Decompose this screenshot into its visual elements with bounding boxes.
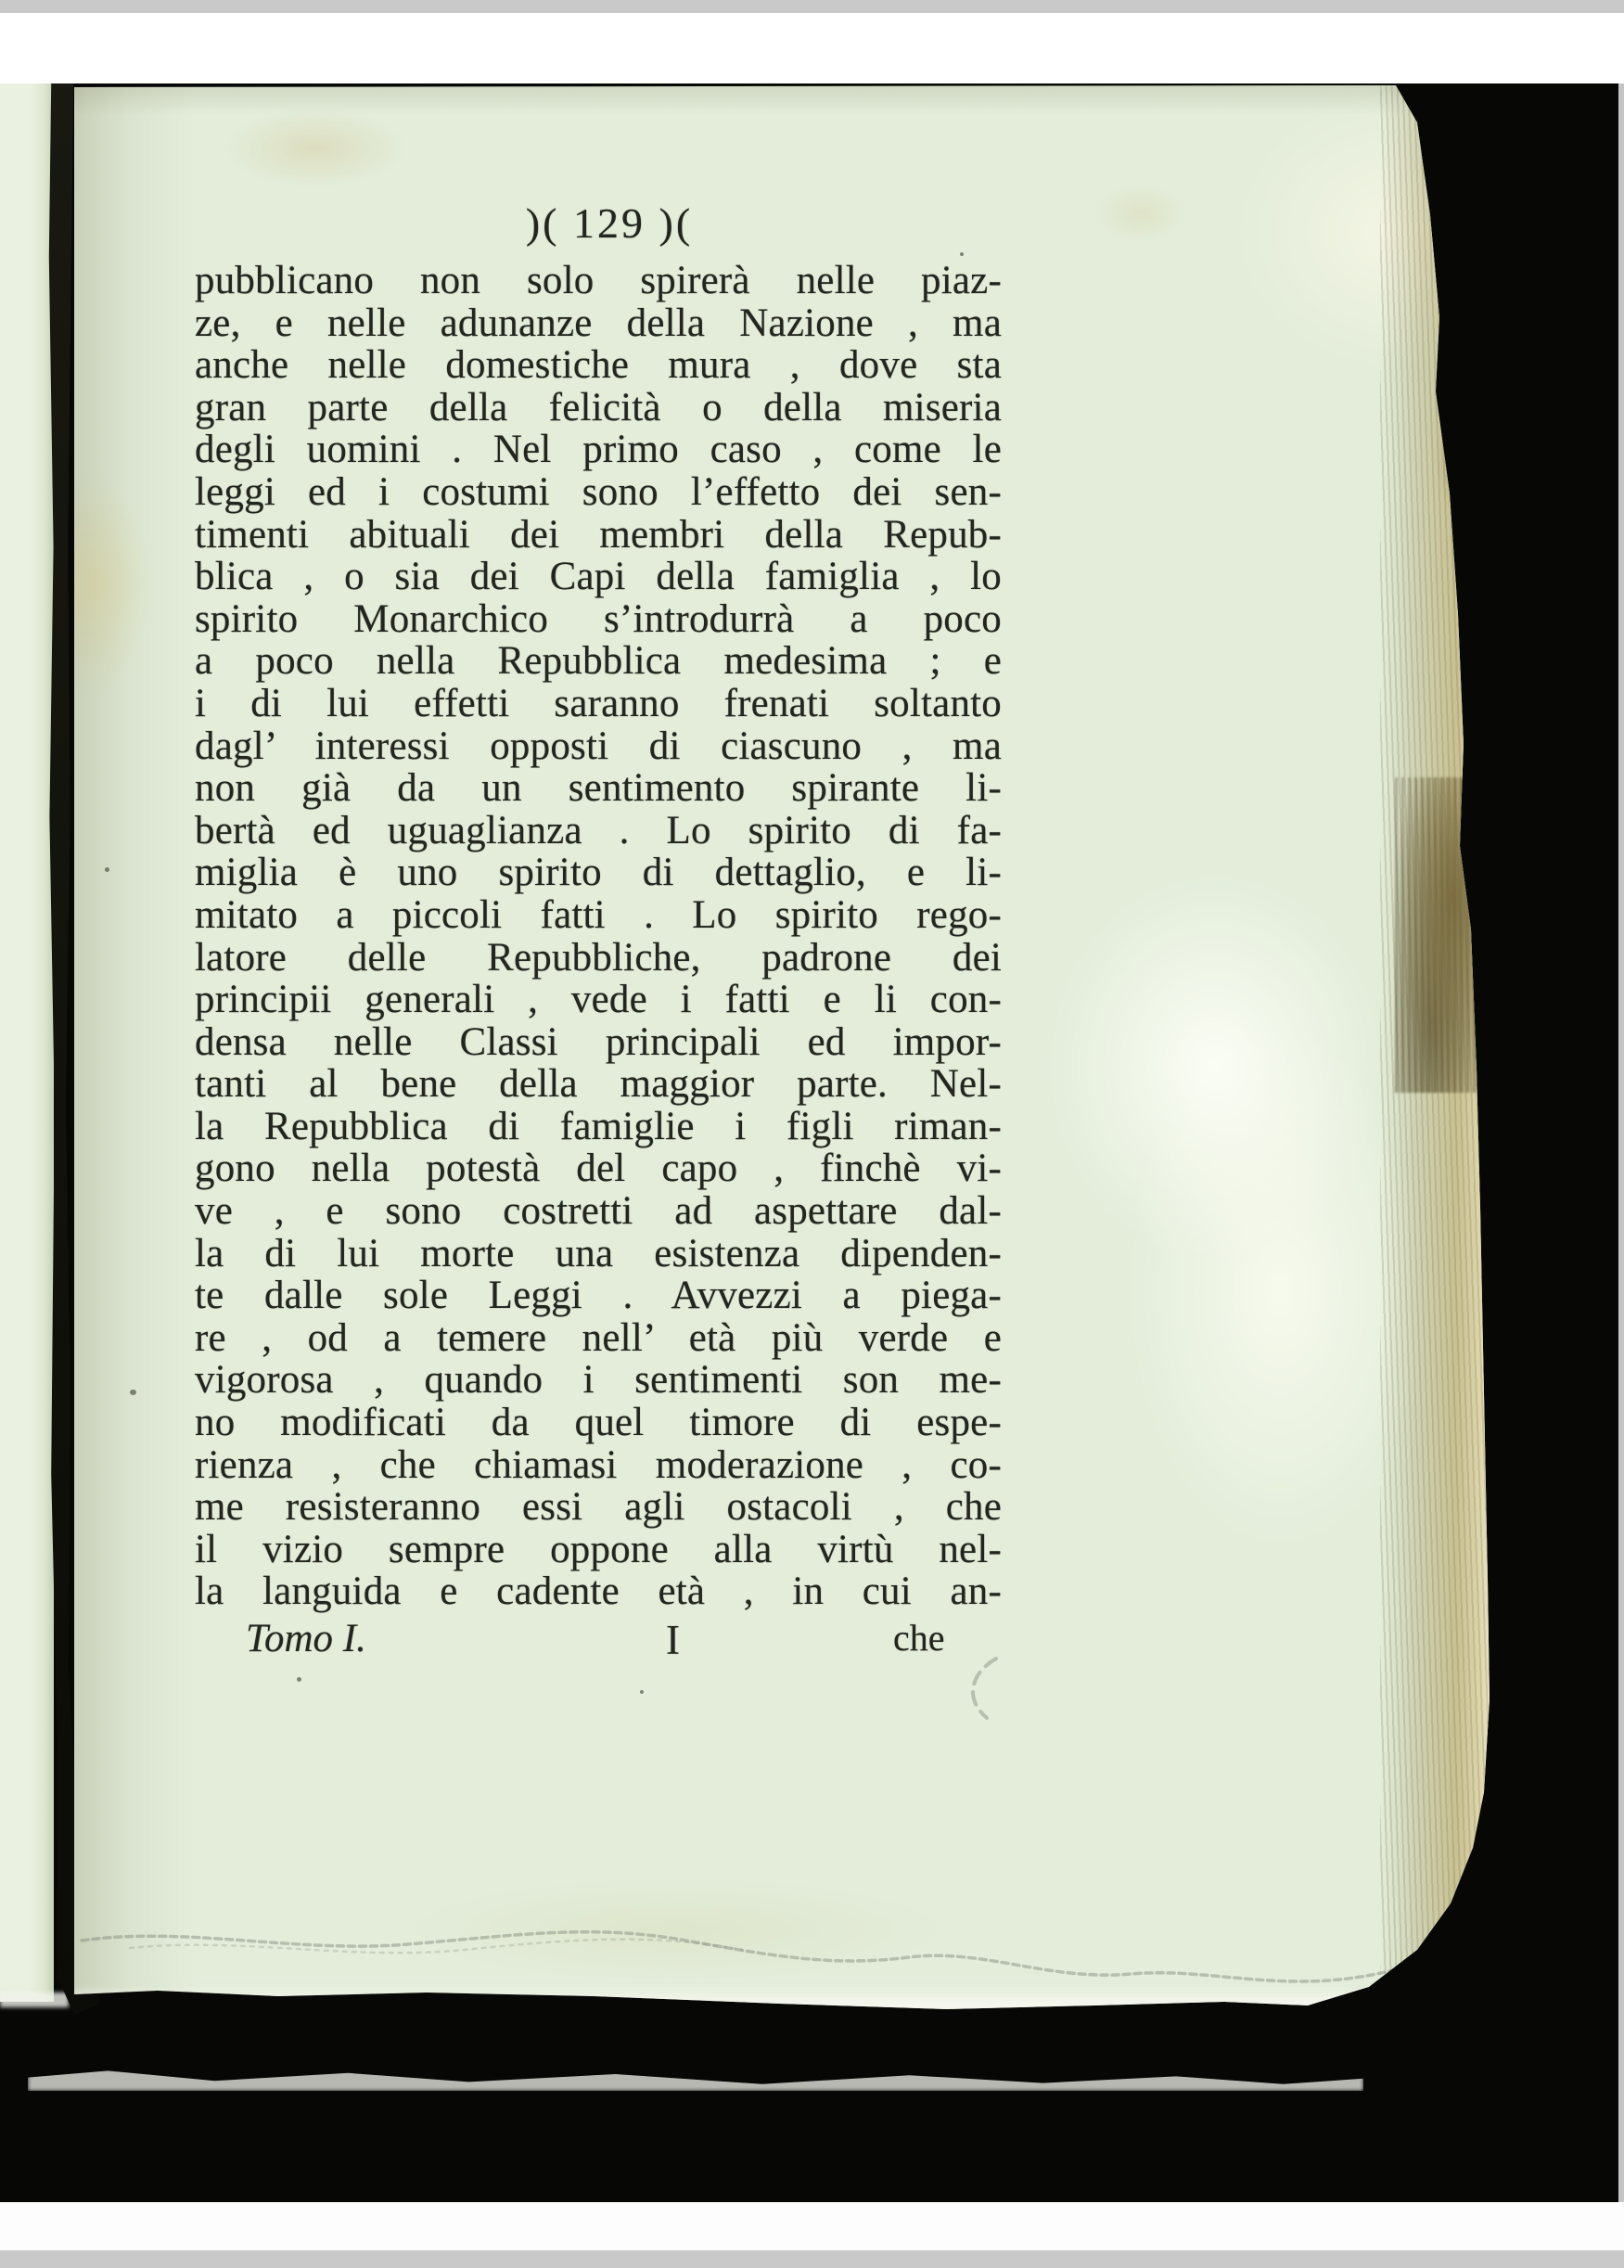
scanner-frame-bottom-strip (0, 2250, 1624, 2268)
text-line: non già da un sentimento spirante li- (195, 767, 1002, 810)
text-line: a poco nella Repubblica medesima ; e (195, 640, 1002, 683)
scanner-frame-top-strip (0, 0, 1624, 13)
text-line: leggi ed i costumi sono l’effetto dei se… (195, 471, 1002, 514)
scanner-margin-bottom (0, 2202, 1624, 2250)
text-line: il vizio sempre oppone alla virtù nel- (195, 1529, 1002, 1571)
volume-signature: Tomo I. (246, 1616, 366, 1661)
ink-speck (640, 1690, 644, 1694)
text-line: ze, e nelle adunanze della Nazione , ma (195, 302, 1002, 345)
page-bottom-deckle-highlight (74, 1985, 1438, 2011)
text-line: mitato a piccoli fatti . Lo spirito rego… (195, 894, 1002, 937)
text-line: bertà ed uguaglianza . Lo spirito di fa- (195, 810, 1002, 852)
text-line: latore delle Repubbliche, padrone dei (195, 937, 1002, 980)
text-line: gran parte della felicità o della miseri… (195, 387, 1002, 429)
ink-speck (297, 1677, 301, 1682)
text-line: gono nella potestà del capo , finchè vi- (195, 1147, 1002, 1190)
ink-speck (960, 252, 964, 256)
text-line: la Repubblica di famiglie i figli riman- (195, 1106, 1002, 1148)
text-line: pubblicano non solo spirerà nelle piaz- (195, 260, 1002, 302)
catchword: che (893, 1616, 945, 1659)
scanner-frame-right-strip (1618, 83, 1624, 2202)
gathering-signature: I (666, 1616, 680, 1664)
text-line: spirito Monarchico s’introdurrà a poco (195, 598, 1002, 641)
text-line: timenti abituali dei membri della Repub- (195, 514, 1002, 557)
book-scan-photo: )( 129 )( pubblicano non solo spirerà ne… (0, 83, 1618, 2202)
ink-speck (130, 1390, 136, 1395)
ink-speck (105, 867, 109, 872)
body-text: pubblicano non solo spirerà nelle piaz-z… (195, 260, 1002, 1613)
text-line: densa nelle Classi principali ed impor- (195, 1021, 1002, 1064)
text-line: anche nelle domestiche mura , dove sta (195, 344, 1002, 387)
page-number-header: )( 129 )( (206, 199, 1013, 249)
text-line: vigorosa , quando i sentimenti son me- (195, 1359, 1002, 1402)
text-line: re , od a temere nell’ età più verde e (195, 1317, 1002, 1360)
text-line: degli uomini . Nel primo caso , come le (195, 429, 1002, 471)
book-page: )( 129 )( pubblicano non solo spirerà ne… (74, 83, 1493, 2011)
text-line: no modificati da quel timore di espe- (195, 1402, 1002, 1444)
signature-row: Tomo I. I che (74, 1616, 1493, 1662)
text-line: miglia è uno spirito di dettaglio, e li- (195, 852, 1002, 894)
text-line: blica , o sia dei Capi della famiglia , … (195, 556, 1002, 598)
fore-edge-smudge (1436, 390, 1491, 519)
text-line: rienza , che chiamasi moderazione , co- (195, 1444, 1002, 1487)
scanner-margin-top (0, 13, 1624, 83)
text-line: tanti al bene della maggior parte. Nel- (195, 1063, 1002, 1106)
text-line: principii generali , vede i fatti e li c… (195, 979, 1002, 1021)
text-line: i di lui effetti saranno frenati soltant… (195, 683, 1002, 725)
text-line: dagl’ interessi opposti di ciascuno , ma (195, 725, 1002, 768)
adjacent-page-edge (0, 83, 54, 2002)
page-bottom-deckle-fringe (28, 2069, 1363, 2091)
adjacent-page-deckle-fringe (0, 1993, 69, 2007)
text-line: la di lui morte una esistenza dipenden- (195, 1233, 1002, 1275)
text-line: ve , e sono costretti ad aspettare dal- (195, 1190, 1002, 1233)
text-line: la languida e cadente età , in cui an- (195, 1570, 1002, 1613)
fore-edge-brown-patch (1395, 777, 1488, 1093)
pen-arc-mark (955, 1653, 1020, 1733)
text-line: me resisteranno essi agli ostacoli , che (195, 1486, 1002, 1529)
text-line: te dalle sole Leggi . Avvezzi a piega- (195, 1275, 1002, 1317)
